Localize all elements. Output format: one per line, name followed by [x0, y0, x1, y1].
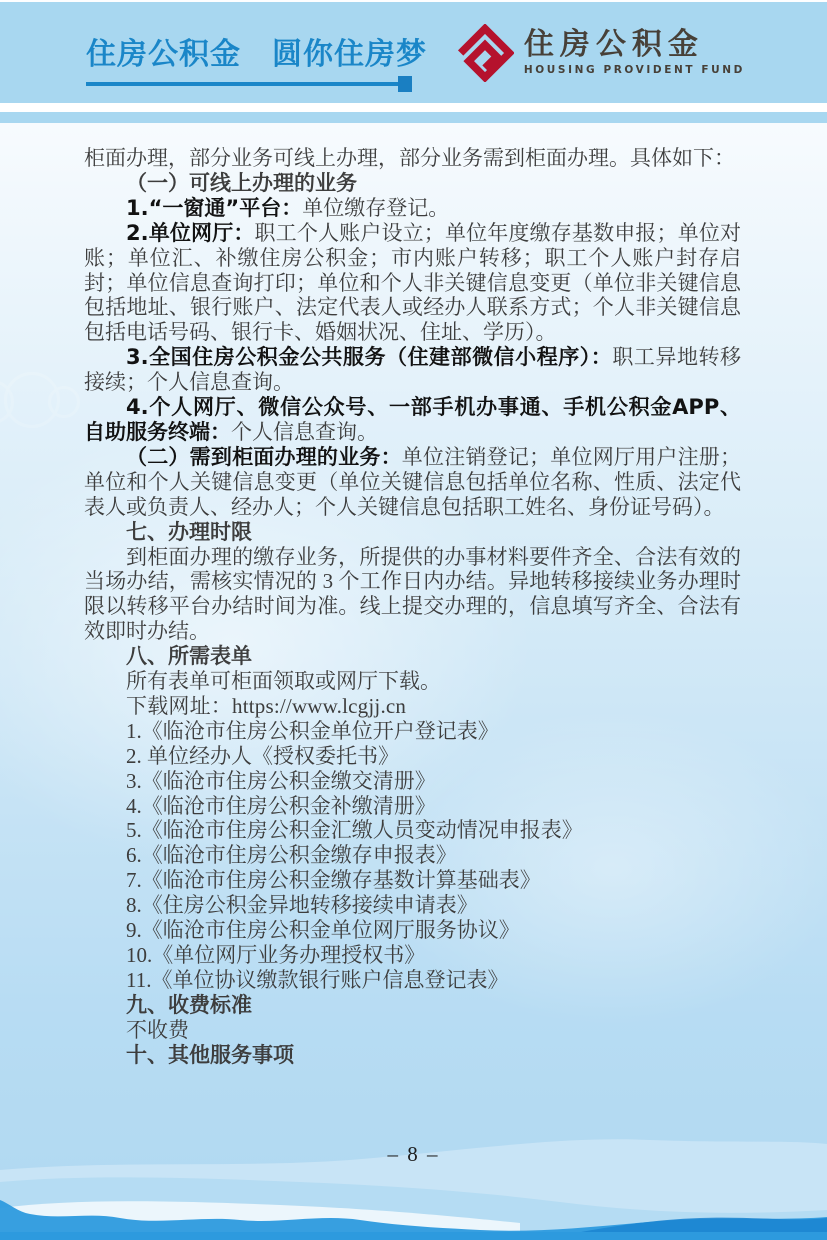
document-body: 柜面办理，部分业务可线上办理，部分业务需到柜面办理。具体如下： （一）可线上办理… — [0, 123, 827, 1068]
header-divider-white — [0, 103, 827, 112]
logo-text-block: 住房公积金 HOUSING PROVIDENT FUND — [524, 29, 745, 76]
download-url-line: 下载网址：https://www.lcgjj.cn — [84, 694, 741, 719]
online-item-2: 2.单位网厅：职工个人账户设立；单位年度缴存基数申报；单位对账；单位汇、补缴住房… — [84, 221, 741, 346]
logo-subtitle: HOUSING PROVIDENT FUND — [524, 64, 745, 76]
section-7-body: 到柜面办理的缴存业务，所提供的办事材料要件齐全、合法有效的当场办结，需核实情况的… — [84, 545, 741, 645]
header-divider-blue — [0, 112, 827, 123]
form-item-6: 6.《临沧市住房公积金缴存申报表》 — [84, 843, 741, 868]
header-tagline-block: 住房公积金 圆你住房梦 — [86, 19, 427, 86]
forms-note: 所有表单可柜面领取或网厅下载。 — [84, 669, 741, 694]
document-page: 住房公积金 圆你住房梦 住房公积金 HOUSING PROVIDENT FUND… — [0, 0, 827, 1240]
form-item-8: 8.《住房公积金异地转移接续申请表》 — [84, 893, 741, 918]
heading-section-7: 七、办理时限 — [84, 520, 741, 545]
online-item-2-lead: 2.单位网厅： — [126, 221, 255, 245]
online-item-4-lead: 4.个人网厅、微信公众号、一部手机办事通、手机公积金APP、自助服务终端： — [84, 395, 741, 444]
form-item-4: 4.《临沧市住房公积金补缴清册》 — [84, 794, 741, 819]
form-item-2: 2. 单位经办人《授权委托书》 — [84, 744, 741, 769]
form-item-3: 3.《临沧市住房公积金缴交清册》 — [84, 769, 741, 794]
hpf-diamond-logo-icon — [456, 24, 514, 82]
form-item-10: 10.《单位网厅业务办理授权书》 — [84, 943, 741, 968]
offline-lead: （二）需到柜面办理的业务： — [126, 445, 402, 469]
form-item-1: 1.《临沧市住房公积金单位开户登记表》 — [84, 719, 741, 744]
form-item-7: 7.《临沧市住房公积金缴存基数计算基础表》 — [84, 868, 741, 893]
form-item-9: 9.《临沧市住房公积金单位网厅服务协议》 — [84, 918, 741, 943]
heading-online-services: （一）可线上办理的业务 — [84, 171, 741, 196]
online-item-1: 1.“一窗通”平台：单位缴存登记。 — [84, 196, 741, 221]
online-item-1-lead: 1.“一窗通”平台： — [126, 196, 302, 220]
heading-section-8: 八、所需表单 — [84, 644, 741, 669]
logo-title: 住房公积金 — [524, 29, 745, 61]
form-item-11: 11.《单位协议缴款银行账户信息登记表》 — [84, 968, 741, 993]
intro-paragraph: 柜面办理，部分业务可线上办理，部分业务需到柜面办理。具体如下： — [84, 146, 741, 171]
mountain-footer-art — [0, 1108, 827, 1240]
form-item-5: 5.《临沧市住房公积金汇缴人员变动情况申报表》 — [84, 818, 741, 843]
page-number: – 8 – — [0, 1142, 827, 1167]
online-item-3-lead: 3.全国住房公积金公共服务（住建部微信小程序）： — [126, 345, 612, 369]
offline-paragraph: （二）需到柜面办理的业务：单位注销登记；单位网厅用户注册；单位和个人关键信息变更… — [84, 445, 741, 520]
header-tagline: 住房公积金 圆你住房梦 — [86, 29, 427, 73]
online-item-1-text: 单位缴存登记。 — [302, 196, 449, 220]
section-9-body: 不收费 — [84, 1018, 741, 1043]
underline-end-square — [398, 76, 412, 92]
heading-section-10: 十、其他服务事项 — [84, 1043, 741, 1068]
header-banner: 住房公积金 圆你住房梦 住房公积金 HOUSING PROVIDENT FUND — [0, 2, 827, 103]
online-item-4: 4.个人网厅、微信公众号、一部手机办事通、手机公积金APP、自助服务终端：个人信… — [84, 395, 741, 445]
tagline-underline — [86, 82, 398, 86]
online-item-4-text: 个人信息查询。 — [231, 420, 378, 444]
hpf-logo: 住房公积金 HOUSING PROVIDENT FUND — [456, 24, 745, 82]
online-item-3: 3.全国住房公积金公共服务（住建部微信小程序）：职工异地转移接续；个人信息查询。 — [84, 345, 741, 395]
heading-section-9: 九、收费标准 — [84, 993, 741, 1018]
